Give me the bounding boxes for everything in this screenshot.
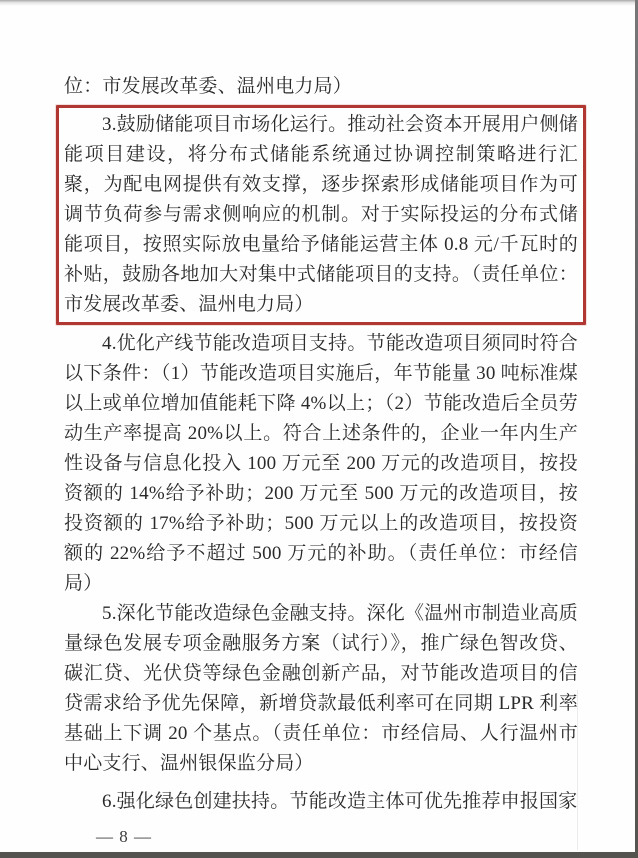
highlight-box: 3.鼓励储能项目市场化运行。推动社会资本开展用户侧储能项目建设，将分布式储能系统… — [56, 105, 586, 325]
paragraph-5: 5.深化节能改造绿色金融支持。深化《温州市制造业高质量绿色发展专项金融服务方案（… — [64, 599, 578, 779]
document-page: 位：市发展改革委、温州电力局） 3.鼓励储能项目市场化运行。推动社会资本开展用户… — [0, 0, 638, 858]
paragraph-4: 4.优化产线节能改造项目支持。节能改造项目须同时符合以下条件：（1）节能改造项目… — [64, 329, 578, 599]
paragraph-3: 3.鼓励储能项目市场化运行。推动社会资本开展用户侧储能项目建设，将分布式储能系统… — [64, 110, 578, 320]
paragraph-6: 6.强化绿色创建扶持。节能改造主体可优先推荐申报国家 — [64, 787, 578, 817]
document-body: 位：市发展改革委、温州电力局） 3.鼓励储能项目市场化运行。推动社会资本开展用户… — [64, 72, 578, 847]
page-number: — 8 — — [64, 827, 578, 847]
continuation-line: 位：市发展改革委、温州电力局） — [64, 72, 578, 102]
photo-edge-bottom — [0, 852, 638, 858]
photo-edge-top — [0, 0, 638, 6]
